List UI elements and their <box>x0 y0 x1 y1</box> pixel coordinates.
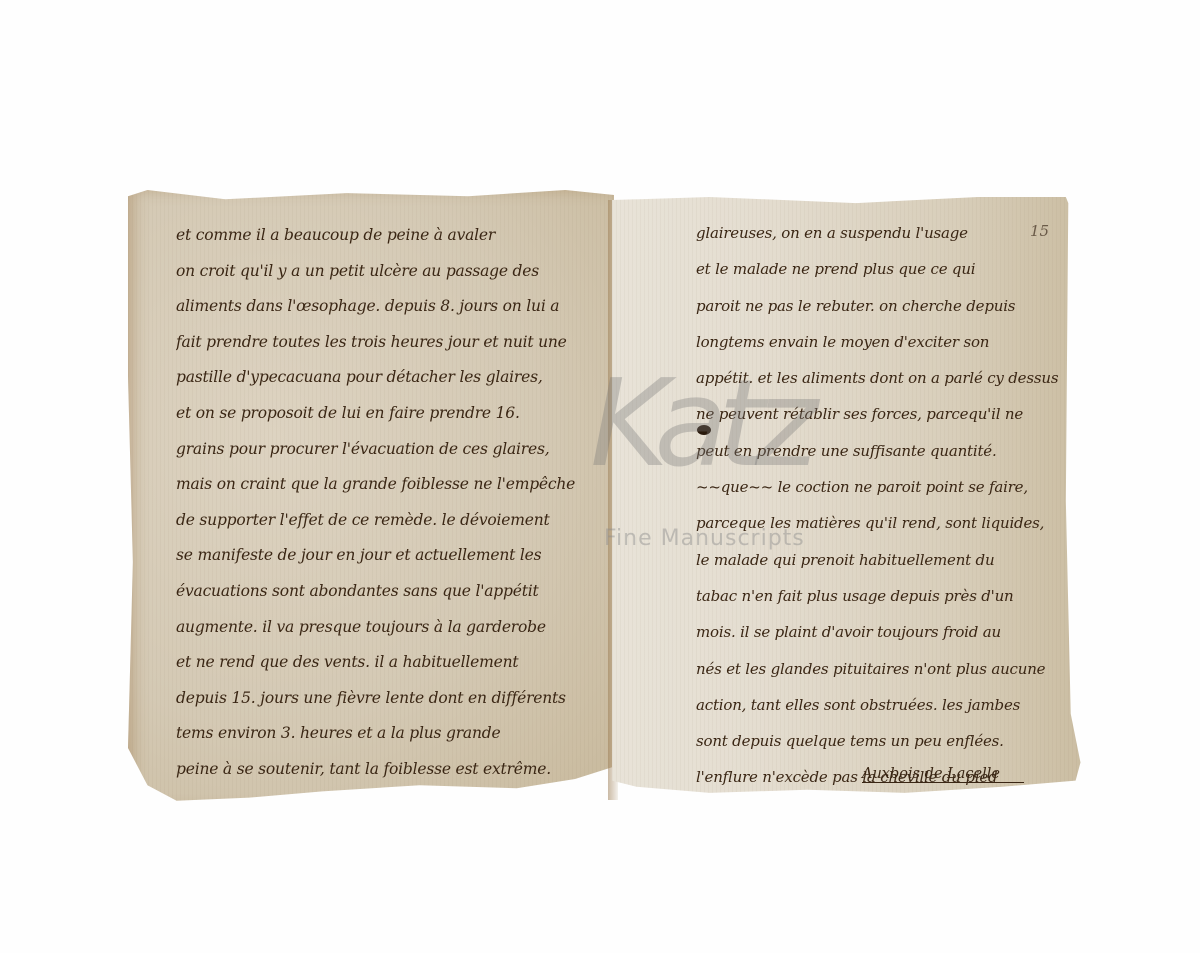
manuscript-line: très humble Dom Maur Supérieur des Bénéd… <box>696 905 1076 941</box>
manuscript-line: de vos lumières. De la part de votre ser… <box>696 868 1076 904</box>
manuscript-line: aliments dans l'œsophage. depuis 8. jour… <box>176 289 606 325</box>
manuscript-line: de supporter l'effet de ce remède. le dé… <box>176 503 606 539</box>
signature-line: Auxbois de Lacelle <box>862 766 1024 783</box>
manuscript-line: pastille d'ypecacuana pour détacher les … <box>176 360 606 396</box>
manuscript-line: Le malade espère trouver tout soulagemen… <box>696 796 1076 832</box>
manuscript-line: on croit qu'il y a un petit ulcère au pa… <box>176 254 606 290</box>
manuscript-line: et on se proposoit de lui en faire prend… <box>176 396 606 432</box>
manuscript-line: action, tant elles sont obstruées. les j… <box>696 687 1076 723</box>
manuscript-line: grains pour procurer l'évacuation de ces… <box>176 432 606 468</box>
manuscript-line: ~~que~~ le coction ne paroit point se fa… <box>696 469 1076 505</box>
manuscript-line: mais on craint que la grande foiblesse n… <box>176 467 606 503</box>
manuscript-line: fait prendre toutes les trois heures jou… <box>176 325 606 361</box>
manuscript-line: évacuations sont abondantes sans que l'a… <box>176 574 606 610</box>
manuscript-right-page: glaireuses, on en a suspendu l'usage et … <box>612 197 1100 805</box>
manuscript-line: de lavage augmentant le volume des humeu… <box>176 859 606 895</box>
left-page-text: et comme il a beaucoup de peine à avaler… <box>176 218 606 894</box>
manuscript-line: mois. il se plaint d'avoir toujours froi… <box>696 614 1076 650</box>
folio-number: 15 <box>1030 222 1049 240</box>
right-page-text: glaireuses, on en a suspendu l'usage et … <box>696 215 1076 941</box>
manuscript-line: augmente. il va presque toujours à la ga… <box>176 610 606 646</box>
manuscript-line: paroit ne pas le rebuter. on cherche dep… <box>696 288 1076 324</box>
manuscript-line: sont depuis quelque tems un peu enflées. <box>696 723 1076 759</box>
manuscript-line: peut en prendre une suffisante quantité. <box>696 433 1076 469</box>
manuscript-line: et comme il a beaucoup de peine à avaler <box>176 218 606 254</box>
manuscript-line: parceque les matières qu'il rend, sont l… <box>696 505 1076 541</box>
manuscript-line: le malade qui prenoit habituellement du <box>696 542 1076 578</box>
manuscript-line: depuis 15. jours une fièvre lente dont e… <box>176 681 606 717</box>
manuscript-line: tems environ 3. heures et a la plus gran… <box>176 716 606 752</box>
manuscript-line: se manifeste de jour en jour et actuelle… <box>176 538 606 574</box>
manuscript-line: nés et les glandes pituitaires n'ont plu… <box>696 651 1076 687</box>
ink-blot-mark <box>697 425 711 435</box>
manuscript-line: on avoit ordonné au malade de prendre pa… <box>176 788 606 824</box>
manuscript-line: appétit. et les aliments dont on a parlé… <box>696 360 1076 396</box>
manuscript-line: ne peuvent rétablir ses forces, parcequ'… <box>696 396 1076 432</box>
manuscript-line: et le malade ne prend plus que ce qui <box>696 251 1076 287</box>
manuscript-line: peine à se soutenir, tant la foiblesse e… <box>176 752 606 788</box>
manuscript-line: glaireuses, on en a suspendu l'usage <box>696 215 1076 251</box>
manuscript-line: bouteille d'apozème, mais cette grande q… <box>176 823 606 859</box>
photo-stage: et comme il a beaucoup de peine à avaler… <box>0 0 1200 953</box>
manuscript-line: et un rétablissement de santé par le sec… <box>696 832 1076 868</box>
manuscript-line: longtems envain le moyen d'exciter son <box>696 324 1076 360</box>
manuscript-left-page: et comme il a beaucoup de peine à avaler… <box>128 190 614 810</box>
manuscript-line: tabac n'en fait plus usage depuis près d… <box>696 578 1076 614</box>
manuscript-line: et ne rend que des vents. il a habituell… <box>176 645 606 681</box>
